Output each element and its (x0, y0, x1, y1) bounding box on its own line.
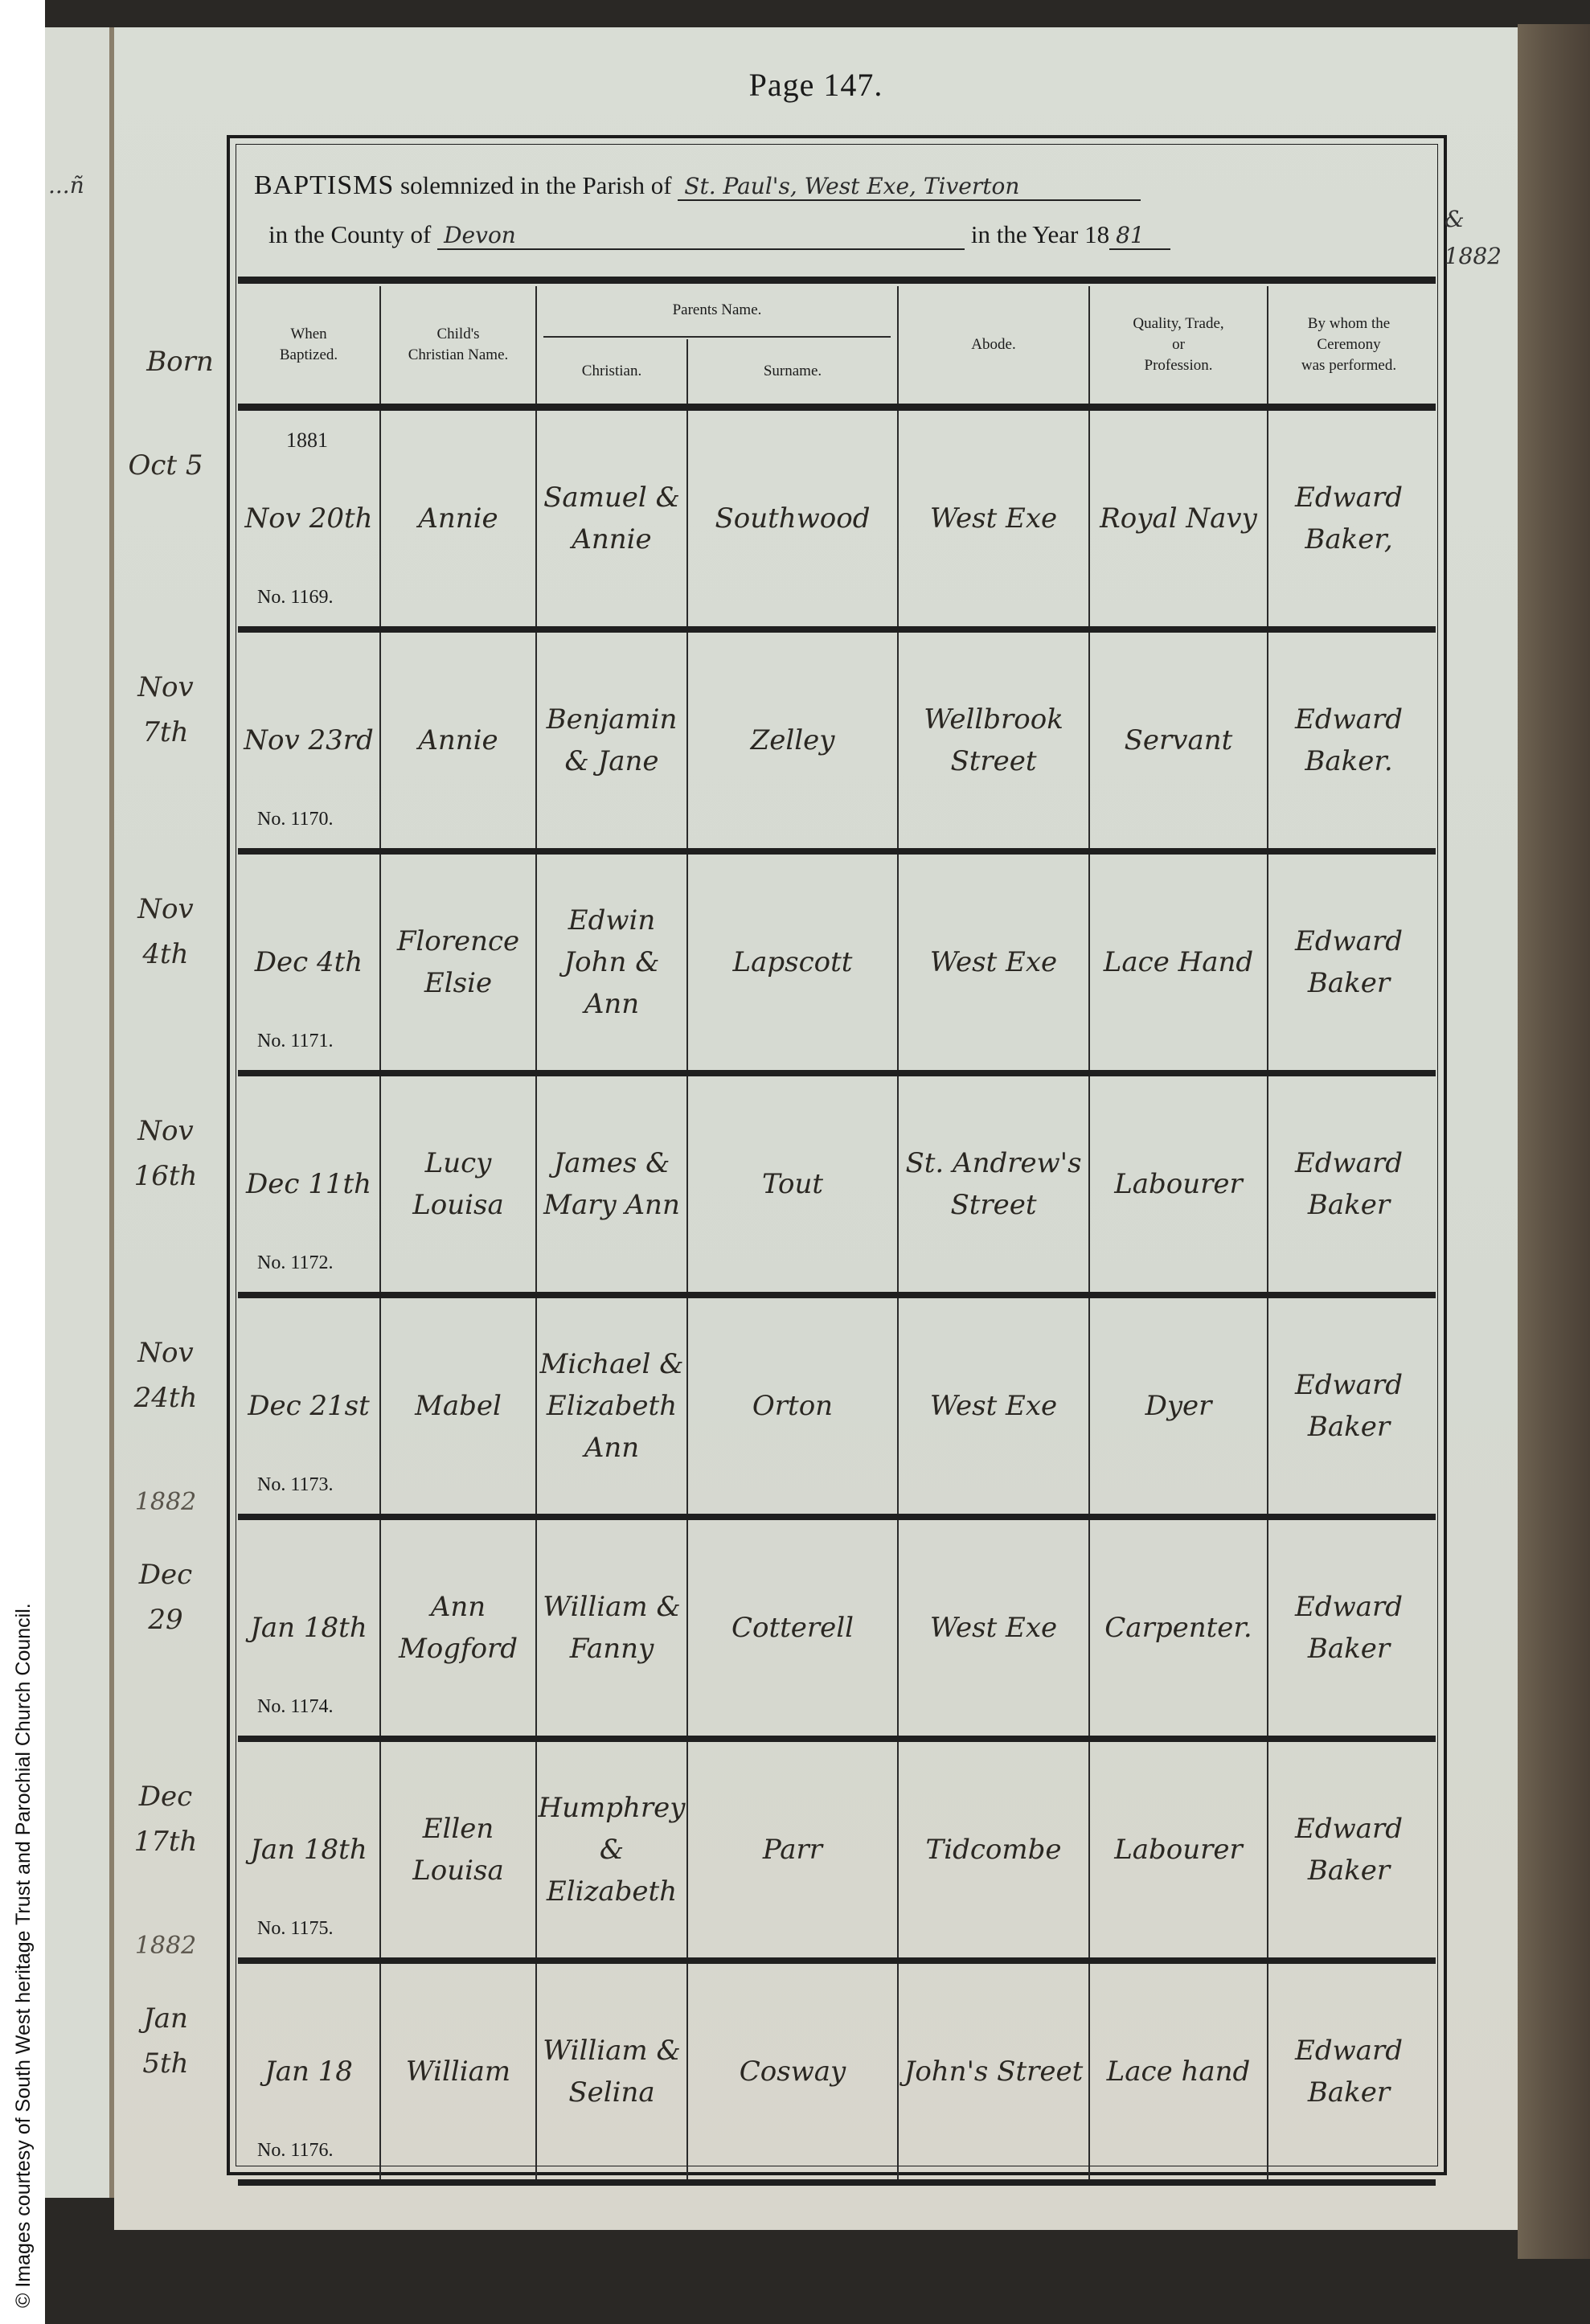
book-binding (1518, 24, 1590, 2259)
entry-number: No. 1171. (257, 1031, 333, 1052)
cell-by-whom: Edward Baker (1268, 855, 1429, 1070)
cell-surname: Orton (688, 1298, 897, 1514)
cell-surname: Parr (688, 1742, 897, 1957)
cell-quality: Carpenter. (1090, 1520, 1267, 1736)
entry-number: No. 1173. (257, 1474, 333, 1496)
cell-abode: Tidcombe (899, 1742, 1088, 1957)
table-row: Nov 24th 1882 Dec 21st No. 1173. Mabel M… (238, 1298, 1436, 1514)
cell-parents-christian: Humphrey & Elizabeth (537, 1742, 686, 1957)
col-by-whom: By whom the Ceremony was performed. (1268, 286, 1429, 404)
cell-child: William (381, 1964, 535, 2179)
cell-abode: West Exe (899, 1298, 1088, 1514)
col-parents-surname: Surname. (688, 339, 897, 404)
table-row: Dec 29 Jan 18th No. 1174. Ann Mogford Wi… (238, 1520, 1436, 1736)
page-number: Page 147. (114, 66, 1518, 104)
cell-surname: Zelley (688, 633, 897, 848)
cell-parents-christian: Samuel & Annie (537, 411, 686, 626)
cell-quality: Lace hand (1090, 1964, 1267, 2179)
margin-born-date: Nov 24th (117, 1330, 214, 1420)
row-rule-bottom (238, 2179, 1436, 2186)
column-headers: When Baptized. Child's Christian Name. P… (238, 286, 1436, 404)
col-parents-christian: Christian. (537, 339, 686, 404)
credit-strip: © Images courtesy of South West heritage… (0, 0, 45, 2324)
col-child-name: Child's Christian Name. (381, 286, 535, 404)
table-row: Jan 5th Jan 18 No. 1176. William William… (238, 1964, 1436, 2179)
cell-parents-christian: Edwin John & Ann (537, 855, 686, 1070)
cell-surname: Cosway (688, 1964, 897, 2179)
cell-by-whom: Edward Baker (1268, 1742, 1429, 1957)
cell-child: Mabel (381, 1298, 535, 1514)
year-note-ampersand: & (1445, 201, 1502, 238)
year-field: 81 (1109, 222, 1170, 250)
title-line-county: in the County of Devon in the Year 1881 (268, 220, 1170, 250)
margin-born-date: Nov 7th (117, 665, 214, 755)
register-page: Page 147. Born BAPTISMS solemnized in th… (114, 27, 1518, 2230)
cell-by-whom: Edward Baker, (1268, 411, 1429, 626)
margin-born-date: Oct 5 (117, 443, 214, 488)
cell-parents-christian: Benjamin & Jane (537, 633, 686, 848)
title-text: solemnized in the Parish of (400, 171, 672, 199)
cell-abode: West Exe (899, 411, 1088, 626)
county-label: in the County of (268, 220, 431, 248)
cell-surname: Lapscott (688, 855, 897, 1070)
table-row: Nov 16th Dec 11th No. 1172. Lucy Louisa … (238, 1076, 1436, 1292)
cell-child: Ellen Louisa (381, 1742, 535, 1957)
cell-parents-christian: William & Selina (537, 1964, 686, 2179)
cell-by-whom: Edward Baker (1268, 1298, 1429, 1514)
margin-year-note: 1882 (117, 1480, 214, 1525)
margin-heading: Born (132, 339, 228, 384)
entry-number: No. 1176. (257, 2140, 333, 2162)
col-parents-name: Parents Name. (537, 286, 897, 334)
cell-abode: Wellbrook Street (899, 633, 1088, 848)
table-row: Dec 17th 1882 Jan 18th No. 1175. Ellen L… (238, 1742, 1436, 1957)
margin-born-date: Dec 29 (117, 1552, 214, 1642)
row-rule (238, 1736, 1436, 1742)
cell-by-whom: Edward Baker. (1268, 633, 1429, 848)
cell-surname: Southwood (688, 411, 897, 626)
cell-by-whom: Edward Baker (1268, 1964, 1429, 2179)
cell-quality: Labourer (1090, 1076, 1267, 1292)
row-rule (238, 848, 1436, 855)
cell-parents-christian: Michael & Elizabeth Ann (537, 1298, 686, 1514)
cell-surname: Cotterell (688, 1520, 897, 1736)
cell-quality: Servant (1090, 633, 1267, 848)
parents-subrule (543, 336, 891, 338)
year-label: in the Year 18 (971, 220, 1109, 248)
header-rule-bottom (238, 404, 1436, 411)
header-rule-top (238, 277, 1436, 284)
left-page-edge: ...ñ (45, 27, 114, 2198)
cell-quality: Royal Navy (1090, 411, 1267, 626)
cell-abode: St. Andrew's Street (899, 1076, 1088, 1292)
entry-number: No. 1175. (257, 1918, 333, 1940)
cell-child: Florence Elsie (381, 855, 535, 1070)
margin-born-date: Nov 16th (117, 1109, 214, 1199)
image-credit: © Images courtesy of South West heritage… (12, 1603, 35, 2308)
cell-parents-christian: James & Mary Ann (537, 1076, 686, 1292)
cell-surname: Tout (688, 1076, 897, 1292)
register-title: BAPTISMS solemnized in the Parish of St.… (246, 156, 1428, 275)
cell-child: Annie (381, 633, 535, 848)
row-rule (238, 1957, 1436, 1964)
county-field: Devon (437, 222, 965, 250)
cell-abode: West Exe (899, 1520, 1088, 1736)
cell-by-whom: Edward Baker (1268, 1520, 1429, 1736)
cell-quality: Lace Hand (1090, 855, 1267, 1070)
cell-quality: Dyer (1090, 1298, 1267, 1514)
entry-number: No. 1169. (257, 587, 333, 609)
col-when-baptized: When Baptized. (238, 286, 379, 404)
table-row: Nov 4th Dec 4th No. 1171. Florence Elsie… (238, 855, 1436, 1070)
row-rule (238, 626, 1436, 633)
cell-child: Annie (381, 411, 535, 626)
year-note-1882: 1882 (1445, 238, 1502, 275)
cell-abode: John's Street (899, 1964, 1088, 2179)
col-abode: Abode. (899, 286, 1088, 404)
cell-abode: West Exe (899, 855, 1088, 1070)
margin-born-date: Nov 4th (117, 887, 214, 977)
cell-quality: Labourer (1090, 1742, 1267, 1957)
row-rule (238, 1292, 1436, 1298)
table-row: Oct 5 1881 Nov 20th No. 1169. Annie Samu… (238, 411, 1436, 626)
cell-child: Ann Mogford (381, 1520, 535, 1736)
year-annotation: & 1882 (1445, 201, 1502, 275)
margin-born-date: Jan 5th (117, 1996, 214, 2086)
title-caps: BAPTISMS (254, 170, 394, 200)
table-row: Nov 7th Nov 23rd No. 1170. Annie Benjami… (238, 633, 1436, 848)
title-line-parish: BAPTISMS solemnized in the Parish of St.… (254, 170, 1141, 201)
margin-born-date: Dec 17th (117, 1774, 214, 1864)
cell-by-whom: Edward Baker (1268, 1076, 1429, 1292)
entry-number: No. 1172. (257, 1252, 333, 1274)
cell-parents-christian: William & Fanny (537, 1520, 686, 1736)
entry-number: No. 1170. (257, 809, 333, 830)
margin-year-note: 1882 (117, 1924, 214, 1969)
row-rule (238, 1070, 1436, 1076)
col-quality: Quality, Trade, or Profession. (1090, 286, 1267, 404)
baptism-register-table: Born BAPTISMS solemnized in the Parish o… (227, 135, 1447, 2175)
row-rule (238, 1514, 1436, 1520)
cell-child: Lucy Louisa (381, 1076, 535, 1292)
entry-number: No. 1174. (257, 1696, 333, 1718)
left-page-fragment: ...ñ (48, 172, 84, 199)
parish-field: St. Paul's, West Exe, Tiverton (678, 173, 1141, 201)
